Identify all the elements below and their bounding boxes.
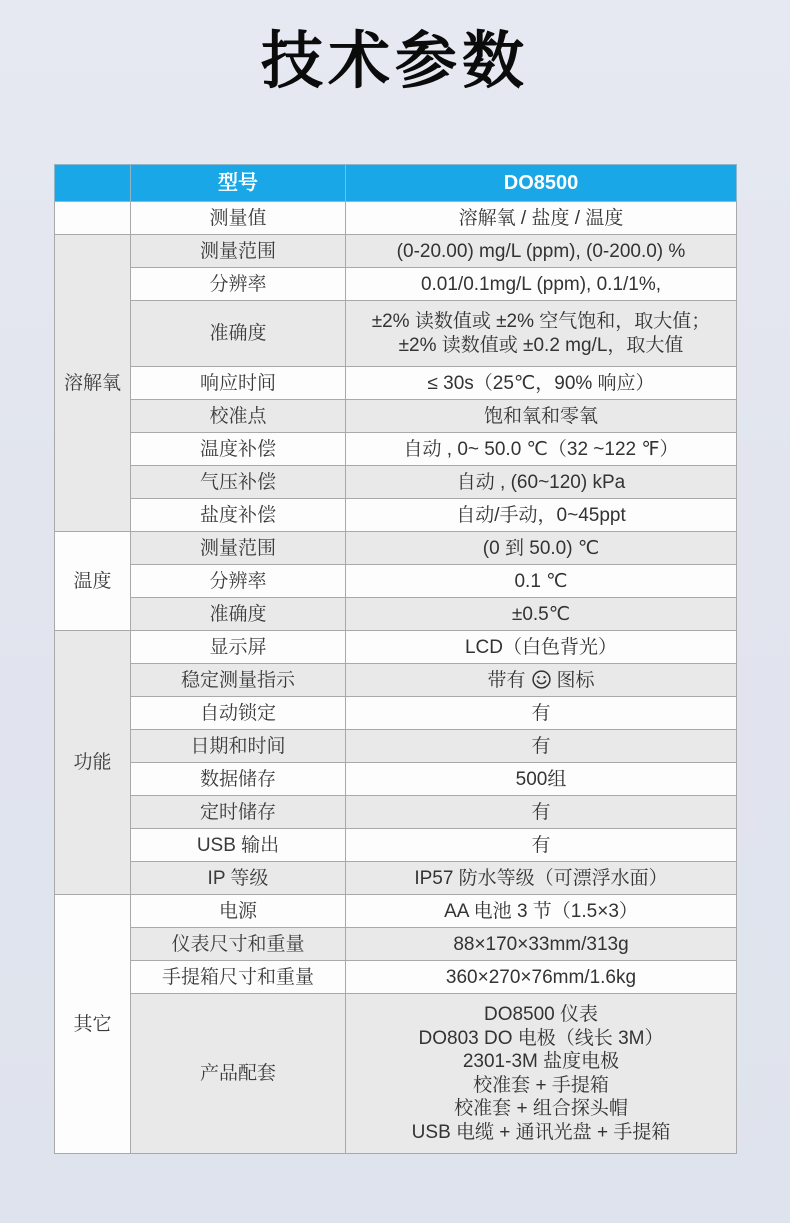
param-value-line: 2301-3M 盐度电极 (352, 1050, 730, 1074)
param-value: 自动/手动，0~45ppt (346, 499, 737, 532)
table-row: 温度补偿自动 , 0~ 50.0 ℃（32 ~122 ℉） (55, 433, 737, 466)
param-value: ±2% 读数值或 ±2% 空气饱和，取大值；±2% 读数值或 ±0.2 mg/L… (346, 301, 737, 367)
table-row: 稳定测量指示带有图标 (55, 664, 737, 697)
param-value: 有 (346, 697, 737, 730)
page-title: 技术参数 (0, 0, 790, 114)
param-value: 自动 , (60~120) kPa (346, 466, 737, 499)
param-label: USB 输出 (131, 829, 346, 862)
param-value: 有 (346, 796, 737, 829)
table-row: 温度测量范围(0 到 50.0) ℃ (55, 532, 737, 565)
table-row: 日期和时间有 (55, 730, 737, 763)
table-row: 分辨率0.1 ℃ (55, 565, 737, 598)
param-label: 准确度 (131, 598, 346, 631)
param-value-line: DO8500 仪表 (352, 1003, 730, 1027)
table-row: 数据储存500组 (55, 763, 737, 796)
param-label: 分辨率 (131, 565, 346, 598)
table-row: 溶解氧测量范围(0-20.00) mg/L (ppm), (0-200.0) % (55, 235, 737, 268)
table-row: 准确度±0.5℃ (55, 598, 737, 631)
param-label: 日期和时间 (131, 730, 346, 763)
group-cell: 溶解氧 (55, 235, 131, 532)
param-label: 分辨率 (131, 268, 346, 301)
param-label: 手提箱尺寸和重量 (131, 961, 346, 994)
param-label: 盐度补偿 (131, 499, 346, 532)
smiley-face-icon (531, 669, 552, 690)
param-value: 88×170×33mm/313g (346, 928, 737, 961)
table-row: 准确度±2% 读数值或 ±2% 空气饱和，取大值；±2% 读数值或 ±0.2 m… (55, 301, 737, 367)
param-value: (0 到 50.0) ℃ (346, 532, 737, 565)
spec-table-body: 测量值溶解氧 / 盐度 / 温度溶解氧测量范围(0-20.00) mg/L (p… (55, 202, 737, 1154)
param-value: 带有图标 (346, 664, 737, 697)
param-label: IP 等级 (131, 862, 346, 895)
param-value-line: ±2% 读数值或 ±0.2 mg/L，取大值 (352, 334, 730, 358)
param-value: LCD（白色背光） (346, 631, 737, 664)
table-row: 其它电源AA 电池 3 节（1.5×3） (55, 895, 737, 928)
param-label: 仪表尺寸和重量 (131, 928, 346, 961)
param-value: 溶解氧 / 盐度 / 温度 (346, 202, 737, 235)
param-value: 饱和氧和零氧 (346, 400, 737, 433)
param-label: 产品配套 (131, 994, 346, 1154)
param-value-line: DO803 DO 电极（线长 3M） (352, 1027, 730, 1051)
param-label: 显示屏 (131, 631, 346, 664)
param-value: DO8500 仪表DO803 DO 电极（线长 3M）2301-3M 盐度电极校… (346, 994, 737, 1154)
table-row: USB 输出有 (55, 829, 737, 862)
table-row: 盐度补偿自动/手动，0~45ppt (55, 499, 737, 532)
spec-table-container: 型号 DO8500 测量值溶解氧 / 盐度 / 温度溶解氧测量范围(0-20.0… (54, 164, 736, 1154)
table-row: 测量值溶解氧 / 盐度 / 温度 (55, 202, 737, 235)
param-value: ±0.5℃ (346, 598, 737, 631)
param-label: 定时储存 (131, 796, 346, 829)
param-label: 自动锁定 (131, 697, 346, 730)
param-value: (0-20.00) mg/L (ppm), (0-200.0) % (346, 235, 737, 268)
table-header-row: 型号 DO8500 (55, 165, 737, 202)
param-value: ≤ 30s（25℃，90% 响应） (346, 367, 737, 400)
table-row: 手提箱尺寸和重量360×270×76mm/1.6kg (55, 961, 737, 994)
param-value: 自动 , 0~ 50.0 ℃（32 ~122 ℉） (346, 433, 737, 466)
table-row: 校准点饱和氧和零氧 (55, 400, 737, 433)
group-cell: 其它 (55, 895, 131, 1154)
table-row: 分辨率0.01/0.1mg/L (ppm), 0.1/1%, (55, 268, 737, 301)
header-group-cell (55, 165, 131, 202)
param-value: 有 (346, 730, 737, 763)
table-row: 仪表尺寸和重量88×170×33mm/313g (55, 928, 737, 961)
header-model-label: 型号 (131, 165, 346, 202)
table-row: 功能显示屏LCD（白色背光） (55, 631, 737, 664)
group-cell (55, 202, 131, 235)
param-value: 0.01/0.1mg/L (ppm), 0.1/1%, (346, 268, 737, 301)
group-cell: 功能 (55, 631, 131, 895)
table-row: 定时储存有 (55, 796, 737, 829)
param-value-line: 校准套 + 手提箱 (352, 1074, 730, 1098)
param-value-prefix: 带有 (487, 670, 525, 691)
param-value-line: ±2% 读数值或 ±2% 空气饱和，取大值； (352, 310, 730, 334)
param-label: 温度补偿 (131, 433, 346, 466)
param-value: 500组 (346, 763, 737, 796)
param-value-line: 校准套 + 组合探头帽 (352, 1097, 730, 1121)
param-value: IP57 防水等级（可漂浮水面） (346, 862, 737, 895)
param-label: 气压补偿 (131, 466, 346, 499)
table-row: 产品配套DO8500 仪表DO803 DO 电极（线长 3M）2301-3M 盐… (55, 994, 737, 1154)
param-value: 有 (346, 829, 737, 862)
group-cell: 温度 (55, 532, 131, 631)
table-row: IP 等级IP57 防水等级（可漂浮水面） (55, 862, 737, 895)
param-label: 稳定测量指示 (131, 664, 346, 697)
table-row: 响应时间≤ 30s（25℃，90% 响应） (55, 367, 737, 400)
table-row: 自动锁定有 (55, 697, 737, 730)
param-label: 电源 (131, 895, 346, 928)
table-row: 气压补偿自动 , (60~120) kPa (55, 466, 737, 499)
param-value: AA 电池 3 节（1.5×3） (346, 895, 737, 928)
param-label: 准确度 (131, 301, 346, 367)
param-label: 响应时间 (131, 367, 346, 400)
header-model-value: DO8500 (346, 165, 737, 202)
param-label: 测量范围 (131, 235, 346, 268)
param-label: 测量值 (131, 202, 346, 235)
param-label: 校准点 (131, 400, 346, 433)
param-label: 数据储存 (131, 763, 346, 796)
param-label: 测量范围 (131, 532, 346, 565)
param-value: 360×270×76mm/1.6kg (346, 961, 737, 994)
param-value-suffix: 图标 (557, 670, 595, 691)
spec-table: 型号 DO8500 测量值溶解氧 / 盐度 / 温度溶解氧测量范围(0-20.0… (54, 164, 737, 1154)
param-value: 0.1 ℃ (346, 565, 737, 598)
param-value-line: USB 电缆 + 通讯光盘 + 手提箱 (352, 1121, 730, 1145)
